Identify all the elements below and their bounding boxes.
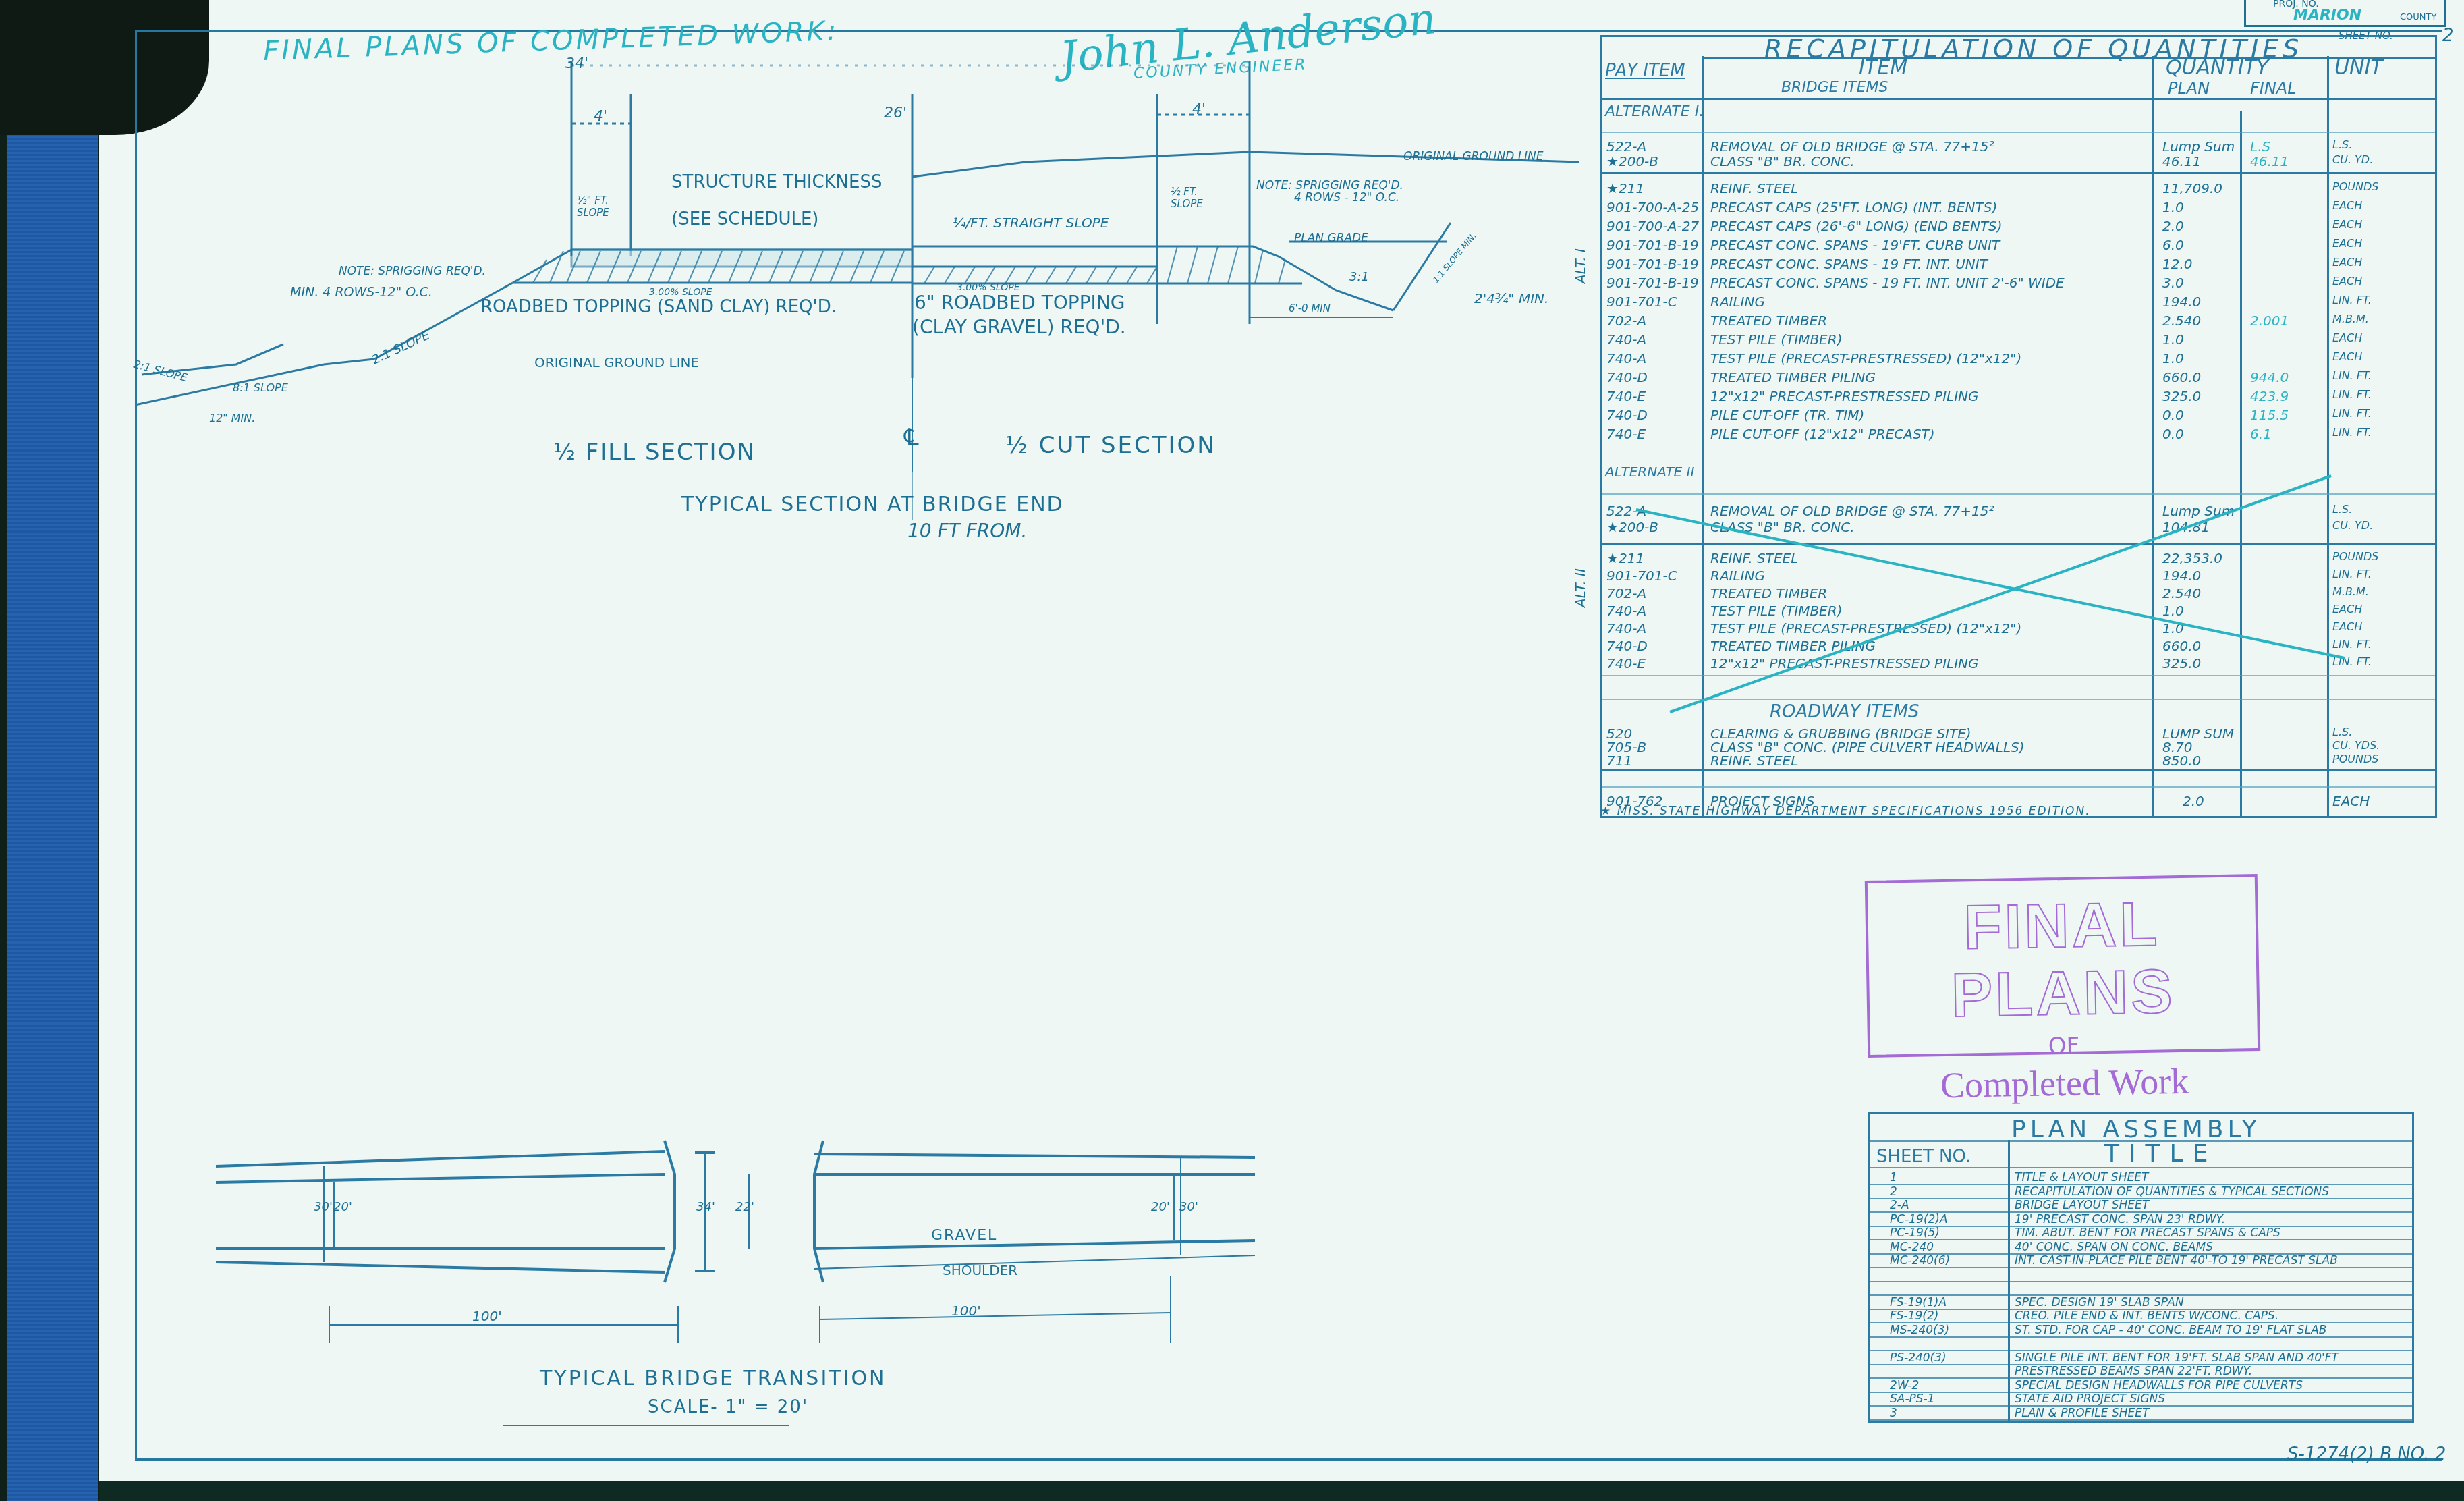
sheet-title-cell: STATE AID PROJECT SIGNS — [2015, 1392, 2165, 1406]
sheet-title-cell: SPEC. DESIGN 19' SLAB SPAN — [2015, 1296, 2184, 1309]
drawing-number: S-1274(2) B NO. 2 — [2287, 1444, 2446, 1465]
sheet-number-cell: SA-PS-1 — [1890, 1392, 1935, 1406]
dim-left-shoulder: 4' — [594, 108, 607, 125]
sheet-title-cell: 19' PRECAST CONC. SPAN 23' RDWY. — [2015, 1213, 2225, 1226]
alt-2-side-label: ALT. II — [1572, 568, 1588, 607]
slope-fill: 3.00% SLOPE — [649, 287, 712, 298]
stamp-line3: Completed Work — [1871, 1059, 2259, 1108]
min-12-label: 12" MIN. — [209, 412, 255, 425]
alt2-cross-out — [1602, 37, 2439, 820]
ditch-depth-min: 2'4¾" MIN. — [1474, 290, 1548, 306]
shoulder-label: SHOULDER — [943, 1262, 1017, 1278]
final-plans-stamp: FINAL PLANS OF Completed Work — [1865, 874, 2260, 1058]
dim-left-length: 100' — [472, 1308, 502, 1324]
slope-3-1: 3:1 — [1349, 270, 1369, 284]
cut-section-title: ½ CUT SECTION — [1005, 432, 1216, 459]
sprigging-rows-right: 4 ROWS - 12" O.C. — [1294, 191, 1399, 204]
pencil-annotation: 10 FT FROM. — [907, 520, 1027, 542]
recapitulation-table: RECAPITULATION OF QUANTITIES PAY ITEM IT… — [1600, 35, 2437, 818]
transition-title: TYPICAL BRIDGE TRANSITION — [540, 1367, 886, 1390]
dim-left-inner: 20' — [333, 1200, 352, 1214]
sheet-number-cell: MC-240(6) — [1890, 1254, 1950, 1267]
sheet-title-cell: BRIDGE LAYOUT SHEET — [2015, 1199, 2149, 1212]
specifications-footnote: ★ MISS. STATE HIGHWAY DEPARTMENT SPECIFI… — [1600, 804, 2091, 818]
sheet-number-cell: PS-240(3) — [1890, 1351, 1947, 1365]
alt-1-side-label: ALT. I — [1572, 248, 1588, 283]
dim-right-inner: 20' — [1151, 1200, 1170, 1214]
sheet-number-cell: PC-19(2)A — [1890, 1213, 1948, 1226]
dim-left-outer: 30' — [314, 1200, 333, 1214]
dim-right-shoulder: 4' — [1192, 101, 1206, 118]
dim-overall: 34' — [565, 55, 588, 72]
sheet-number-cell: MS-240(3) — [1890, 1323, 1949, 1337]
sheet-title-cell: ST. STD. FOR CAP - 40' CONC. BEAM TO 19'… — [2015, 1323, 2326, 1337]
stamp-line1: FINAL PLANS — [1868, 889, 2257, 1031]
plan-assembly-table: PLAN ASSEMBLY TITLE SHEET NO. 1TITLE & L… — [1868, 1112, 2414, 1423]
plan-assembly-col-sheet: SHEET NO. — [1876, 1147, 1971, 1167]
note-sprigging-right: NOTE: SPRIGGING REQ'D. — [1256, 179, 1403, 192]
sheet-number-cell: 1 — [1890, 1171, 1897, 1184]
roadbed-topping-cut-line2: (CLAY GRAVEL) REQ'D. — [912, 316, 1126, 338]
see-schedule-label: (SEE SCHEDULE) — [671, 209, 819, 229]
note-sprigging-left: NOTE: SPRIGGING REQ'D. — [339, 265, 486, 278]
sheet-number-cell: FS-19(2) — [1890, 1309, 1938, 1323]
roadbed-topping-fill: ROADBED TOPPING (SAND CLAY) REQ'D. — [480, 297, 837, 317]
centerline-symbol: ℄ — [904, 424, 919, 451]
dim-roadway: 26' — [884, 105, 907, 121]
dim-bridge-inner: 22' — [735, 1200, 754, 1214]
plan-assembly-title: PLAN ASSEMBLY — [2011, 1116, 2261, 1143]
half-ft-slope-left: ½" FT. SLOPE — [577, 194, 624, 219]
plan-assembly-col-title: TITLE — [2104, 1140, 2217, 1168]
dim-bridge-outer: 34' — [696, 1200, 715, 1214]
sheet-number-cell: 2 — [1890, 1185, 1897, 1199]
dim-right-outer: 30' — [1179, 1200, 1198, 1214]
sheet-title-cell: 40' CONC. SPAN ON CONC. BEAMS — [2015, 1240, 2213, 1254]
sheet-title-cell: CREO. PILE END & INT. BENTS W/CONC. CAPS… — [2015, 1309, 2278, 1323]
structure-thickness-label: STRUCTURE THICKNESS — [671, 172, 883, 192]
plan-grade-label: PLAN GRADE — [1294, 231, 1368, 245]
dim-right-length: 100' — [951, 1303, 981, 1319]
typical-section-caption: TYPICAL SECTION AT BRIDGE END — [681, 493, 1064, 516]
half-ft-slope-right: ½ FT. SLOPE — [1171, 186, 1218, 210]
sheet-title-cell: PLAN & PROFILE SHEET — [2015, 1407, 2149, 1420]
original-ground-right: ORIGINAL GROUND LINE — [1403, 150, 1544, 163]
slope-8-1: 8:1 SLOPE — [233, 381, 288, 394]
original-ground-left: ORIGINAL GROUND LINE — [534, 354, 699, 371]
sheet-number-cell: PC-19(5) — [1890, 1226, 1940, 1240]
sheet-title-cell: TIM. ABUT. BENT FOR PRECAST SPANS & CAPS — [2015, 1226, 2280, 1240]
gravel-label: GRAVEL — [931, 1227, 997, 1244]
sheet-number-cell: 2-A — [1890, 1199, 1909, 1212]
sheet-number-cell: FS-19(1)A — [1890, 1296, 1947, 1309]
sheet-number-cell: MC-240 — [1890, 1240, 1934, 1254]
sheet-number-cell: 2W-2 — [1890, 1379, 1919, 1392]
sheet-title-cell: INT. CAST-IN-PLACE PILE BENT 40'-TO 19' … — [2015, 1254, 2338, 1267]
sheet-title-cell: RECAPITULATION OF QUANTITIES & TYPICAL S… — [2015, 1185, 2329, 1199]
transition-scale: SCALE- 1" = 20' — [648, 1397, 808, 1417]
roadbed-topping-cut-line1: 6" ROADBED TOPPING — [914, 292, 1125, 314]
straight-slope-label: ¼/FT. STRAIGHT SLOPE — [953, 215, 1109, 231]
sheet-title-cell: TITLE & LAYOUT SHEET — [2015, 1171, 2148, 1184]
fill-section-title: ½ FILL SECTION — [553, 439, 756, 466]
six-ft-min: 6'-0 MIN — [1289, 302, 1331, 315]
sheet-title-cell: SINGLE PILE INT. BENT FOR 19'FT. SLAB SP… — [2015, 1351, 2339, 1365]
sheet-title-cell: PRESTRESSED BEAMS SPAN 22'FT. RDWY. — [2015, 1365, 2252, 1378]
sheet-number-cell: 3 — [1890, 1407, 1897, 1420]
sheet-title-cell: SPECIAL DESIGN HEADWALLS FOR PIPE CULVER… — [2015, 1379, 2303, 1392]
sprigging-rows-left: MIN. 4 ROWS-12" O.C. — [290, 285, 432, 300]
